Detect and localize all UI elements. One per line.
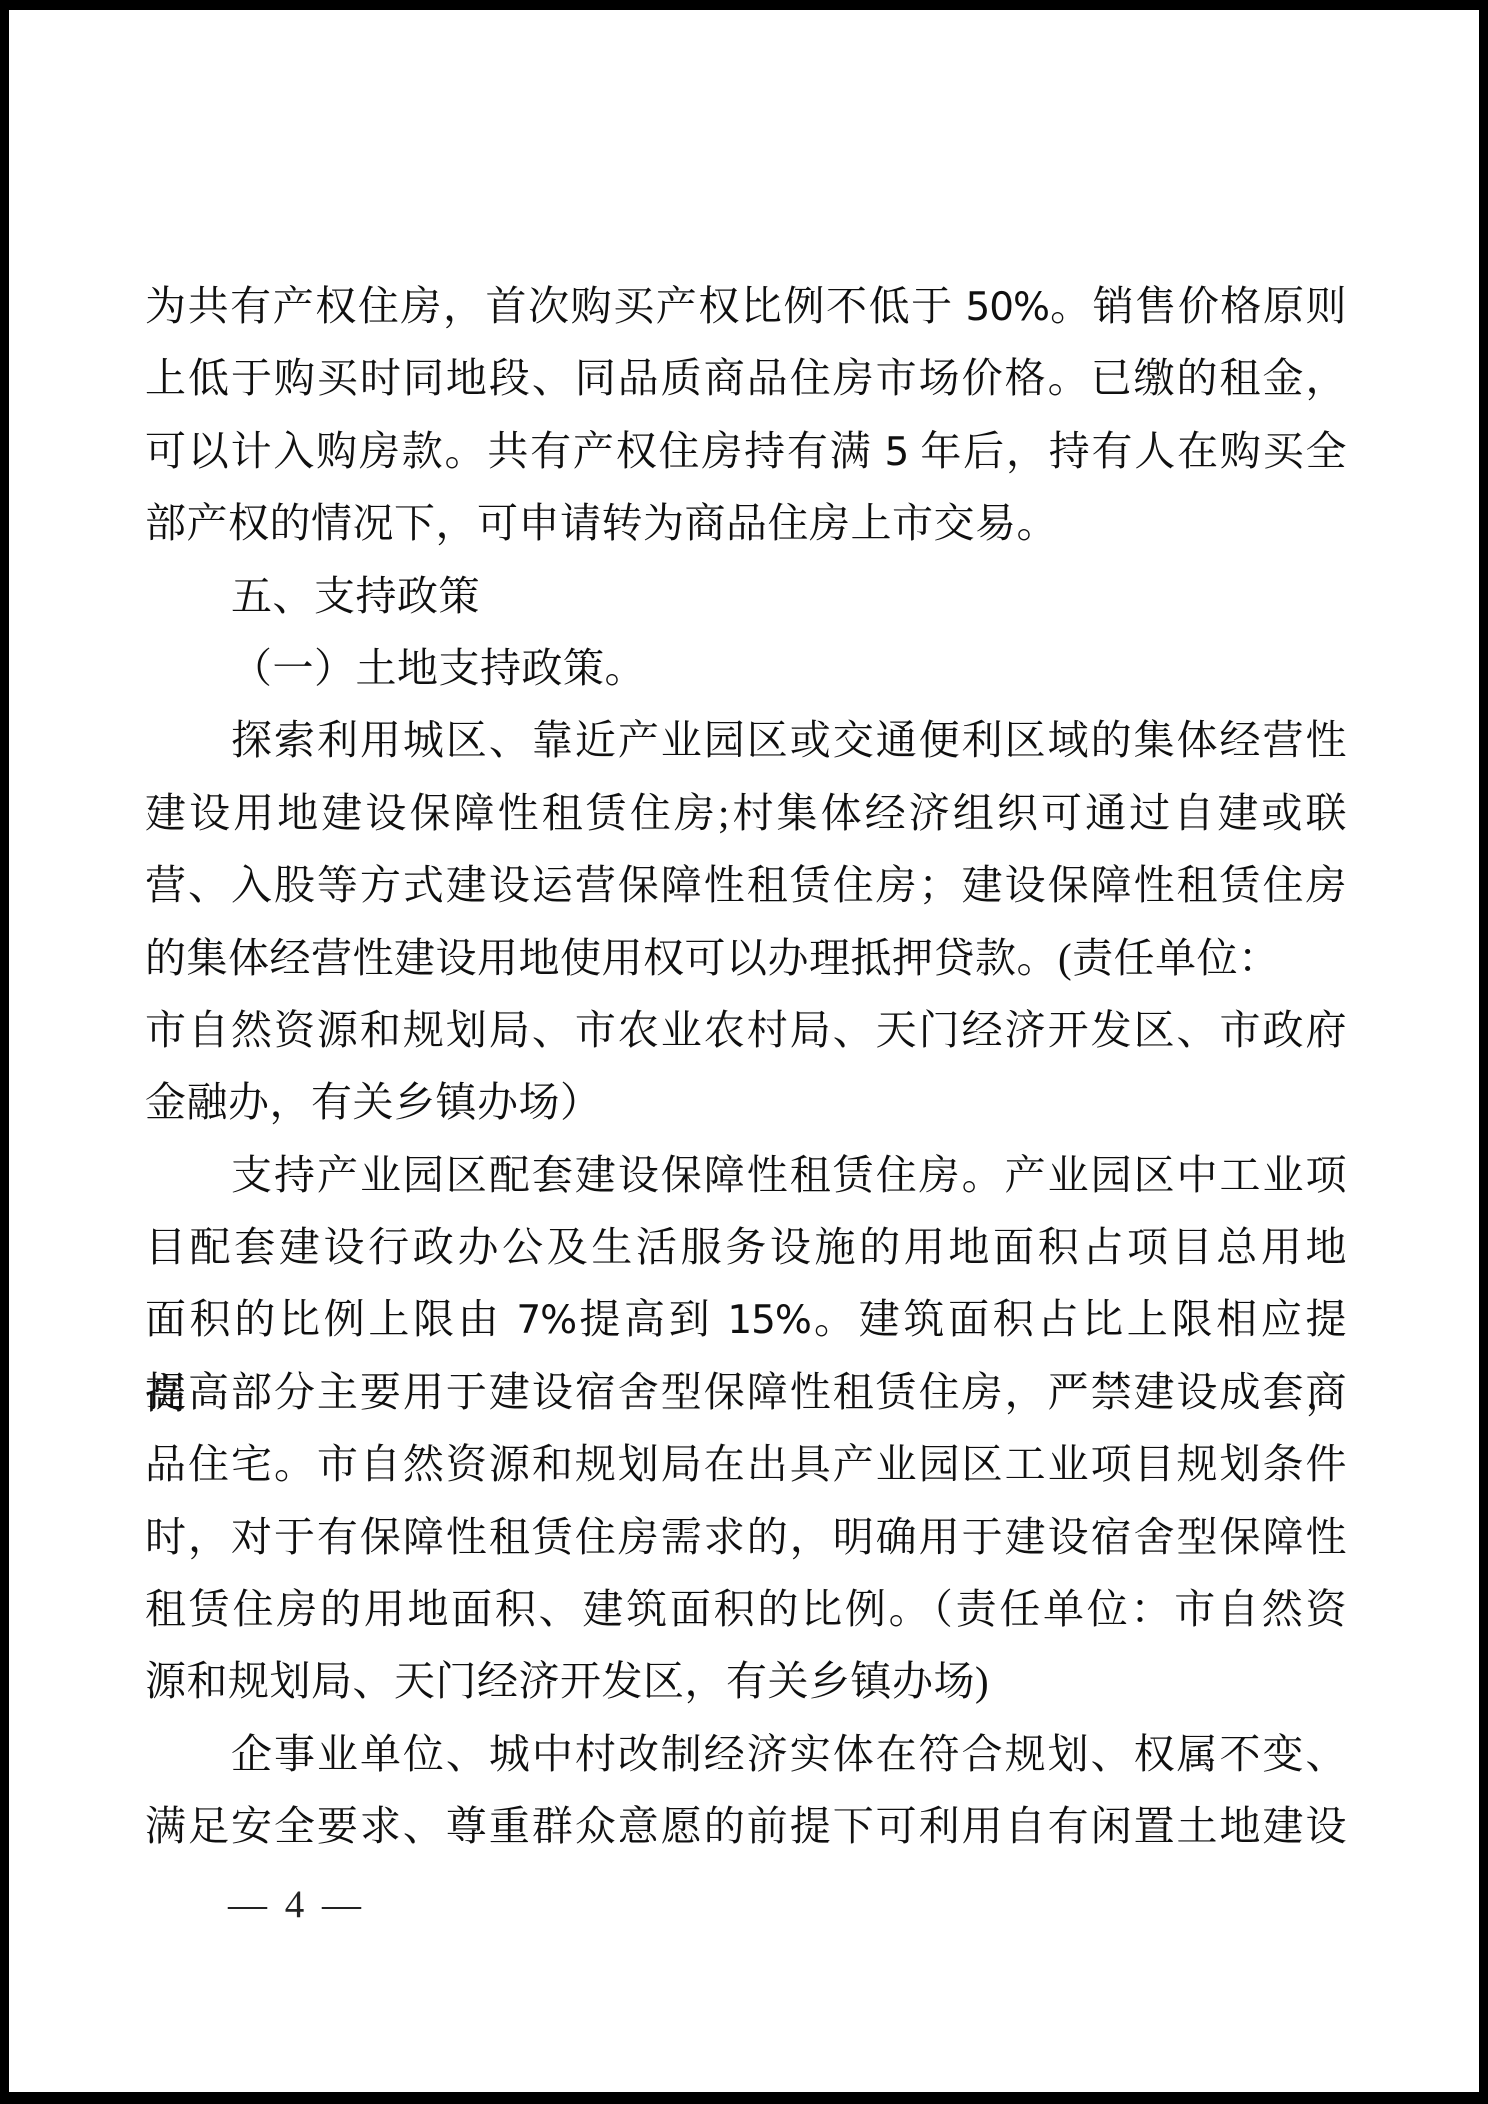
text-line: 源和规划局、天门经济开发区，有关乡镇办场) (145, 1645, 1347, 1717)
text-line: 租赁住房的用地面积、建筑面积的比例。（责任单位：市自然资 (145, 1573, 1347, 1645)
text-line: 探索利用城区、靠近产业园区或交通便利区域的集体经营性 (145, 704, 1347, 776)
text-line: 提高部分主要用于建设宿舍型保障性租赁住房，严禁建设成套商 (145, 1356, 1347, 1428)
numeric-text: 7% (516, 1298, 576, 1343)
text-line: 品住宅。市自然资源和规划局在出具产业园区工业项目规划条件 (145, 1428, 1347, 1500)
text-line: 营、入股等方式建设运营保障性租赁住房；建设保障性租赁住房 (145, 849, 1347, 921)
footer-page-number: — 4 — (228, 1882, 365, 1927)
text-line: 满足安全要求、尊重群众意愿的前提下可利用自有闲置土地建设 (145, 1790, 1347, 1862)
text-line: 为共有产权住房，首次购买产权比例不低于 50%。销售价格原则 (145, 270, 1347, 342)
text-line: 企事业单位、城中村改制经济实体在符合规划、权属不变、 (145, 1718, 1347, 1790)
text-line: 面积的比例上限由 7%提高到 15%。建筑面积占比上限相应提高， (145, 1283, 1347, 1355)
numeric-text: 5 (885, 430, 909, 475)
text-line: 五、支持政策 (145, 560, 1347, 632)
text-line: 金融办，有关乡镇办场） (145, 1066, 1347, 1138)
text-line: 上低于购买时同地段、同品质商品住房市场价格。已缴的租金， (145, 342, 1347, 414)
scanned-document-screenshot: 为共有产权住房，首次购买产权比例不低于 50%。销售价格原则上低于购买时同地段、… (0, 0, 1488, 2104)
text-line: 目配套建设行政办公及生活服务设施的用地面积占项目总用地 (145, 1211, 1347, 1283)
text-line: （一）土地支持政策。 (145, 632, 1347, 704)
text-line: 建设用地建设保障性租赁住房;村集体经济组织可通过自建或联 (145, 777, 1347, 849)
numeric-text: 15% (727, 1298, 811, 1343)
text-line: 支持产业园区配套建设保障性租赁住房。产业园区中工业项 (145, 1139, 1347, 1211)
text-line: 的集体经营性建设用地使用权可以办理抵押贷款。(责任单位： (145, 922, 1347, 994)
numeric-text: 50% (966, 285, 1050, 330)
text-line: 可以计入购房款。共有产权住房持有满 5 年后，持有人在购买全 (145, 415, 1347, 487)
text-line: 市自然资源和规划局、市农业农村局、天门经济开发区、市政府 (145, 994, 1347, 1066)
text-block: 为共有产权住房，首次购买产权比例不低于 50%。销售价格原则上低于购买时同地段、… (145, 270, 1347, 1863)
text-line: 部产权的情况下，可申请转为商品住房上市交易。 (145, 487, 1347, 559)
document-page: 为共有产权住房，首次购买产权比例不低于 50%。销售价格原则上低于购买时同地段、… (9, 10, 1479, 2092)
text-line: 时，对于有保障性租赁住房需求的，明确用于建设宿舍型保障性 (145, 1501, 1347, 1573)
